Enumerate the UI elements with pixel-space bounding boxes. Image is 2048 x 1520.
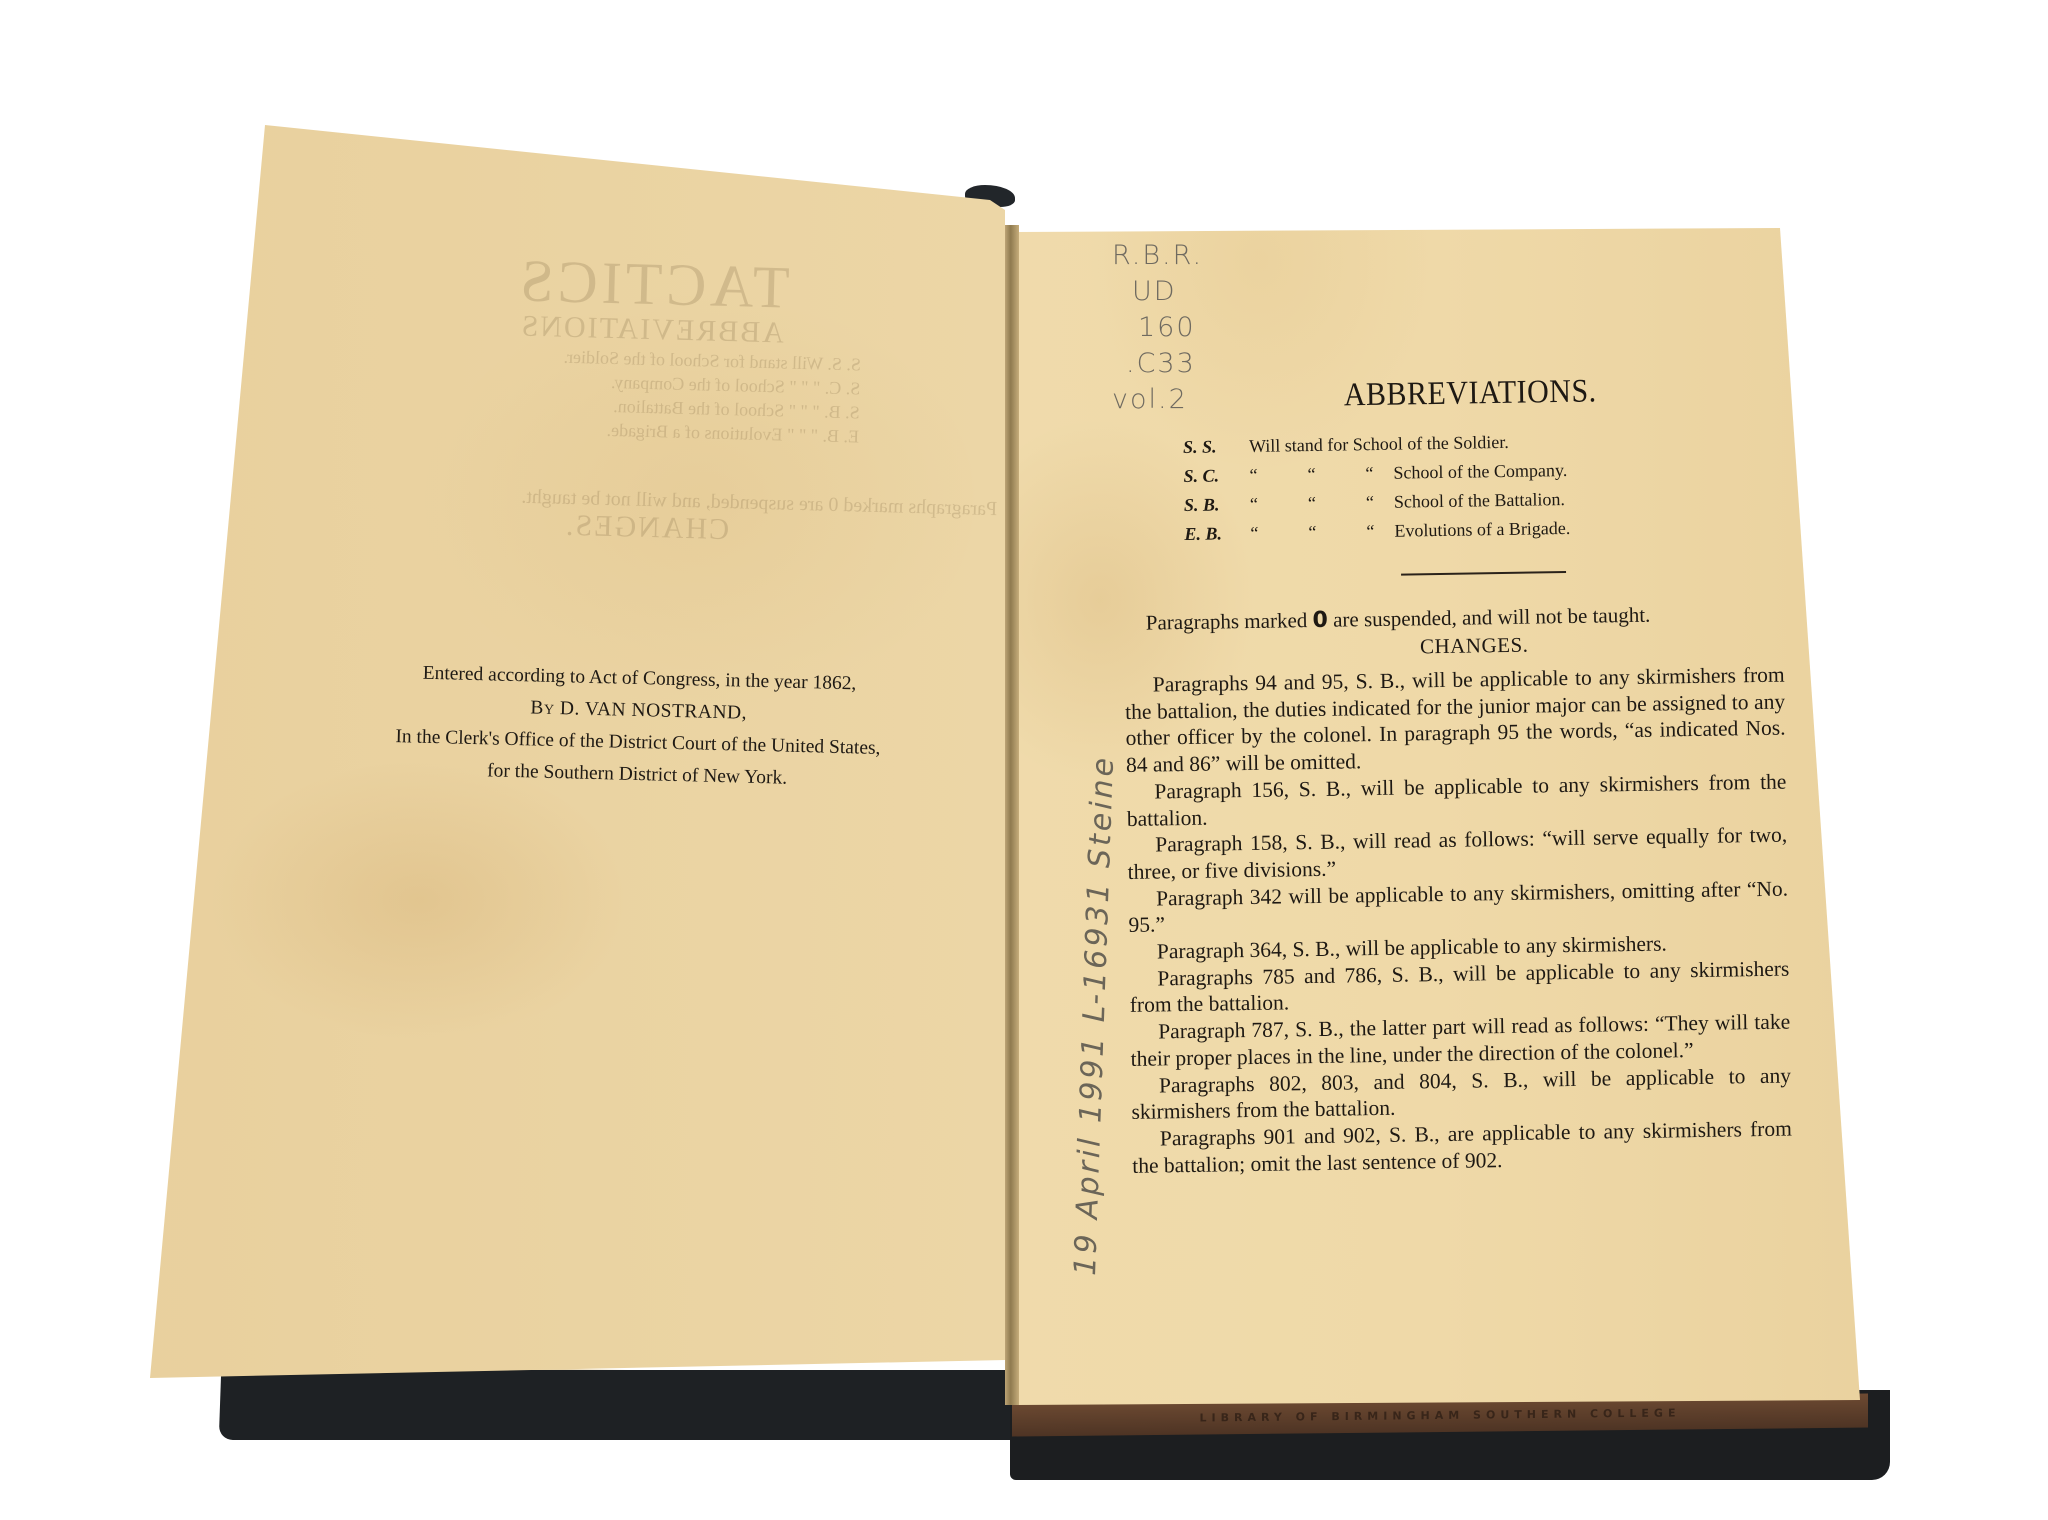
book-photo: LIBRARY OF BIRMINGHAM SOUTHERN COLLEGE T… bbox=[0, 0, 2048, 1520]
left-cover bbox=[219, 1370, 1041, 1440]
call-number-line: 160 bbox=[1138, 310, 1203, 346]
bleed-through-text: TACTICS ABBREVIATIONS S. S. Will stand f… bbox=[296, 241, 1003, 554]
change-paragraph: Paragraph 787, S. B., the latter part wi… bbox=[1130, 1009, 1791, 1073]
call-number-line: UD bbox=[1132, 274, 1203, 310]
divider-rule bbox=[1401, 571, 1566, 576]
gutter bbox=[1005, 225, 1019, 1405]
library-stamp: LIBRARY OF BIRMINGHAM SOUTHERN COLLEGE bbox=[1200, 1406, 1681, 1424]
call-number-line: .C33 bbox=[1126, 346, 1203, 382]
abbreviations-list: S. S. Will stand for School of the Soldi… bbox=[1183, 424, 1783, 549]
copyright-imprint: Entered according to Act of Congress, in… bbox=[307, 655, 970, 799]
change-paragraph: Paragraphs 901 and 902, S. B., are appli… bbox=[1132, 1115, 1793, 1179]
change-paragraph: Paragraphs 94 and 95, S. B., will be app… bbox=[1125, 662, 1787, 779]
call-number-line: R.B.R. bbox=[1112, 238, 1203, 274]
suspended-symbol: 0 bbox=[1312, 608, 1328, 633]
abbreviations-page-content: ABBREVIATIONS. S. S. Will stand for Scho… bbox=[1120, 372, 1792, 1180]
